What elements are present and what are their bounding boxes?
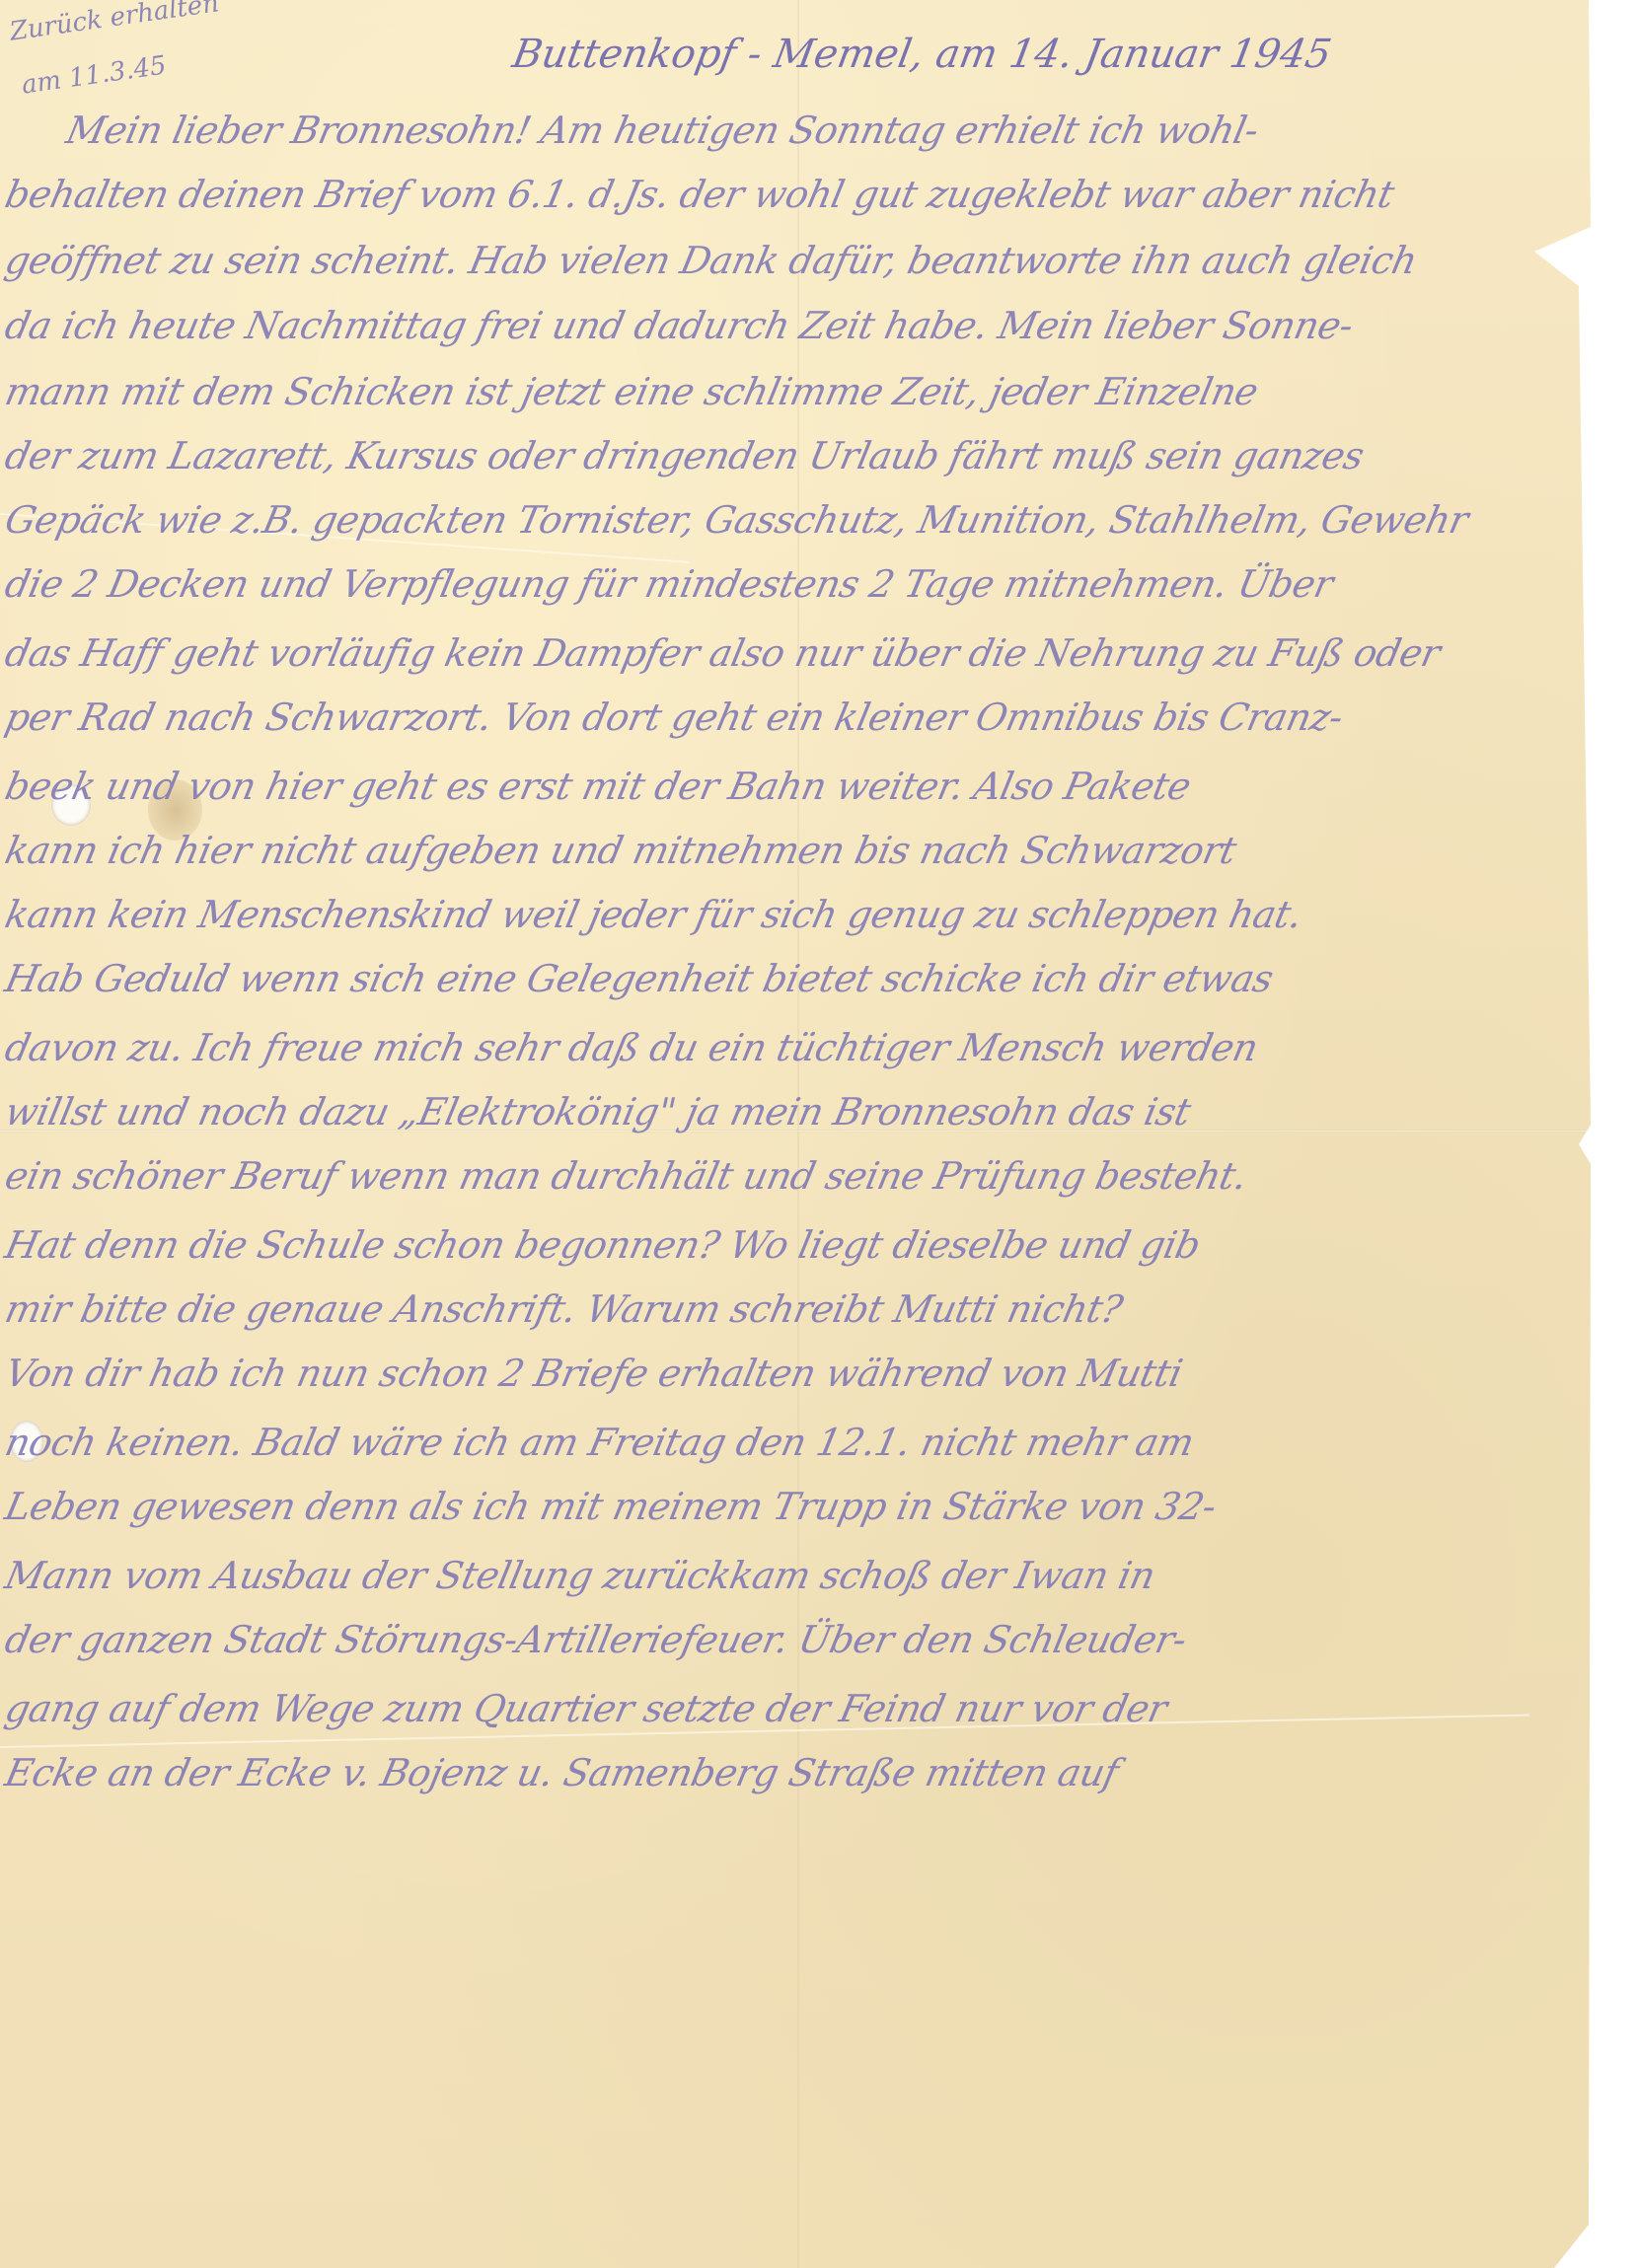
letter-line-23: Mann vom Ausbau der Stellung zurückkam s…: [1, 1554, 1158, 1597]
place-date: Buttenkopf - Memel, am 14. Januar 1945: [509, 32, 1335, 77]
letter-line-17: ein schöner Beruf wenn man durchhält und…: [1, 1154, 1250, 1198]
letter-line-25: gang auf dem Wege zum Quartier setzte de…: [1, 1687, 1170, 1730]
letter-line-2: behalten deinen Brief vom 6.1. d.Js. der…: [1, 173, 1397, 216]
letter-line-13: kann kein Menschenskind weil jeder für s…: [1, 893, 1305, 936]
letter-line-6: der zum Lazarett, Kursus oder dringenden…: [1, 434, 1368, 477]
letter-line-19: mir bitte die genaue Anschrift. Warum sc…: [1, 1287, 1126, 1331]
margin-note-line-1: Zurück erhalten: [8, 0, 221, 47]
letter-line-21: noch keinen. Bald wäre ich am Freitag de…: [1, 1421, 1197, 1464]
letter-line-18: Hat denn die Schule schon begonnen? Wo l…: [1, 1223, 1204, 1267]
letter-line-4: da ich heute Nachmittag frei und dadurch…: [1, 304, 1357, 347]
letter-line-11: beek und von hier geht es erst mit der B…: [1, 765, 1194, 808]
letter-line-24: der ganzen Stadt Störungs-Artilleriefeue…: [1, 1618, 1190, 1661]
letter-line-9: das Haff geht vorläufig kein Dampfer als…: [1, 631, 1444, 675]
letter-line-3: geöffnet zu sein scheint. Hab vielen Dan…: [1, 239, 1421, 282]
letter-line-15: davon zu. Ich freue mich sehr daß du ein…: [1, 1026, 1261, 1069]
letter-paper: Zurück erhalten am 11.3.45 Buttenkopf - …: [0, 0, 1594, 2268]
letter-line-26: Ecke an der Ecke v. Bojenz u. Samenberg …: [1, 1751, 1122, 1794]
letter-line-16: willst und noch dazu „Elektrokönig" ja m…: [1, 1090, 1194, 1134]
letter-line-1: Mein lieber Bronnesohn! Am heutigen Sonn…: [62, 109, 1262, 152]
letter-line-14: Hab Geduld wenn sich eine Gelegenheit bi…: [1, 957, 1277, 1000]
letter-line-8: die 2 Decken und Verpflegung für mindest…: [1, 562, 1336, 606]
margin-note-line-2: am 11.3.45: [20, 50, 168, 100]
letter-line-10: per Rad nach Schwarzort. Von dort geht e…: [1, 695, 1346, 739]
letter-line-22: Leben gewesen denn als ich mit meinem Tr…: [1, 1485, 1220, 1528]
letter-line-20: Von dir hab ich nun schon 2 Briefe erhal…: [1, 1352, 1186, 1395]
letter-line-5: mann mit dem Schicken ist jetzt eine sch…: [1, 370, 1261, 413]
letter-line-12: kann ich hier nicht aufgeben und mitnehm…: [1, 829, 1239, 872]
letter-line-7: Gepäck wie z.B. gepackten Tornister, Gas…: [1, 498, 1471, 542]
